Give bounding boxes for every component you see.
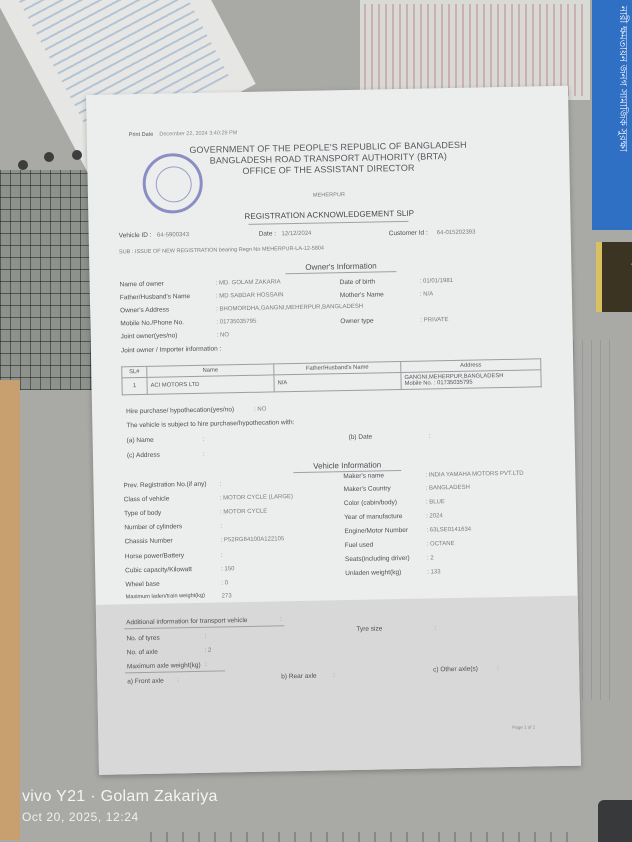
vehicle-field-label: Type of body <box>124 510 161 518</box>
vehicle-field-label: Year of manufacture <box>344 513 402 521</box>
vehicle-field-label: Maker's name <box>343 472 384 480</box>
father-name-value: : MD SABDAR HOSSAIN <box>216 292 284 299</box>
camera-watermark-device: vivo Y21 · Golam Zakariya <box>22 788 218 806</box>
cell-address-line2: Mobile No. : 01735035795 <box>405 378 538 387</box>
hire-name-label: (a) Name <box>127 437 154 445</box>
mobile-value: : 01735035795 <box>216 319 256 326</box>
hire-address-label: (c) Address <box>127 452 160 460</box>
background-motorcycle-poster: Motorcycle M <box>596 242 632 312</box>
vehicle-field-value: : 150 <box>221 566 234 572</box>
vehicle-field-value: : BLUE <box>426 499 445 505</box>
vehicle-field-value: : OCTANE <box>427 541 455 548</box>
vehicle-field-label: Wheel base <box>125 581 159 589</box>
owner-type-label: Owner type <box>340 318 373 326</box>
vehicle-field-value: : <box>220 523 222 529</box>
rear-axle-label: b) Rear axle <box>281 673 317 681</box>
slip-date: Date : 12/12/2024 <box>259 230 312 238</box>
print-date-label: Print Date <box>129 132 154 138</box>
cell-father: N/A <box>274 373 401 392</box>
max-axle-weight-label: Maximum axle weight(kg) <box>127 662 201 670</box>
vehicle-field-label: Maximum laden/train weight(kg) <box>126 593 205 601</box>
vehicle-field-label: Cubic capacity/Kilowatt <box>125 566 192 574</box>
joint-owner-table: SL# Name Father/Husband's Name Address 1… <box>121 358 541 395</box>
camera-watermark-datetime: Oct 20, 2025, 12:24 <box>22 810 139 824</box>
axle-count-value: : 2 <box>205 648 212 654</box>
background-bottom-ruler <box>150 832 570 842</box>
registration-acknowledgement-slip: Print Date December 22, 2024 3:40:29 PM … <box>86 86 581 775</box>
vehicle-field-value: : 2024 <box>426 513 443 519</box>
front-axle-label: a) Front axle <box>127 678 164 686</box>
background-object <box>598 800 632 842</box>
vehicle-field-value: : 0 <box>221 580 228 586</box>
front-axle-value: : <box>177 677 179 683</box>
vehicle-id-label: Vehicle ID : <box>119 232 152 240</box>
owner-name-value: : MD. GOLAM ZAKARIA <box>216 279 281 286</box>
mother-name-value: : N/A <box>420 291 433 297</box>
customer-id-label: Customer Id : <box>389 229 428 237</box>
joint-section-label: Joint owner / Importer information : <box>121 345 222 354</box>
other-axle-value: : <box>497 665 499 671</box>
vehicle-field-value: : BANGLADESH <box>426 485 470 492</box>
tyres-value: : <box>204 634 206 640</box>
background-blue-poster: নারী ক্ষমতায়ন জনগ সামাজিক সুরক্ষা <box>592 0 632 230</box>
tyre-size-label: Tyre size <box>356 625 382 632</box>
axle-count-label: No. of axle <box>127 649 158 657</box>
hire-date-label: (b) Date <box>349 434 373 441</box>
vehicle-field-value: : 133 <box>427 569 440 575</box>
page-footer: Page 1 of 1 <box>512 724 535 729</box>
vehicle-field-value: : INDIA YAMAHA MOTORS PVT.LTD <box>425 471 523 479</box>
joint-owner-value: : NO <box>217 332 229 338</box>
print-date: Print Date December 22, 2024 3:40:29 PM <box>129 130 238 138</box>
vehicle-field-value: : P52RG64100A122105 <box>221 536 285 543</box>
punch-hole <box>44 152 54 162</box>
hire-date-value: : <box>429 433 431 439</box>
vehicle-field-value: : 2 <box>427 555 434 561</box>
vehicle-field-value: : MOTOR CYCLE (LARGE) <box>220 494 293 501</box>
hire-address-value: : <box>203 452 205 458</box>
vehicle-field-label: Number of cylinders <box>124 523 182 531</box>
customer-id-value: 64-015202393 <box>437 230 476 237</box>
hire-purchase-value: : NO <box>254 407 266 413</box>
vehicle-field-value: 273 <box>222 593 232 599</box>
vehicle-field-value: : <box>219 481 221 487</box>
vehicle-field-label: Unladen weight(kg) <box>345 569 401 577</box>
vehicle-id-value: 64-5900343 <box>157 232 189 239</box>
customer-id: Customer Id : 64-015202393 <box>389 229 476 238</box>
vehicle-field-label: Color (cabin/body) <box>344 499 397 507</box>
vehicle-field-label: Prev. Registration No.(if any) <box>123 481 206 490</box>
vehicle-field-label: Engine/Motor Number <box>344 527 408 535</box>
vehicle-id: Vehicle ID : 64-5900343 <box>119 231 189 239</box>
vehicle-field-label: Seats(including driver) <box>345 555 410 563</box>
max-axle-weight-value: : <box>205 662 207 668</box>
vehicle-field-label: Class of vehicle <box>124 495 170 503</box>
date-label: Date : <box>259 230 276 237</box>
hire-purchase-label: Hire purchase/ hypothecation(yes/no) <box>126 406 234 415</box>
hire-name-value: : <box>203 437 205 443</box>
dob-value: : 01/01/1981 <box>420 278 453 285</box>
tyres-label: No. of tyres <box>126 635 159 643</box>
owner-address-label: Owner's Address <box>120 306 169 314</box>
mobile-label: Mobile No./Phone No. <box>120 319 184 327</box>
vehicle-field-label: Fuel used <box>345 542 374 550</box>
background-desk-edge <box>0 380 20 840</box>
punch-hole <box>18 160 28 170</box>
hire-subject-line: The vehicle is subject to hire purchase/… <box>126 419 294 429</box>
cell-name: ACI MOTORS LTD <box>147 375 274 394</box>
vehicle-field-value: : <box>221 552 223 558</box>
vehicle-field-label: Horse power/Battery <box>125 552 184 560</box>
title-underline <box>249 221 409 225</box>
dob-label: Date of birth <box>340 278 376 286</box>
punch-hole <box>72 150 82 160</box>
vehicle-field-value: : MOTOR CYCLE <box>220 509 267 516</box>
subject-line: SUB : ISSUE OF NEW REGISTRATION bearing … <box>119 245 324 255</box>
tyre-size-value: : <box>434 625 436 631</box>
date-value: 12/12/2024 <box>281 231 311 238</box>
owner-name-label: Name of owner <box>120 281 164 289</box>
owner-section-title: Owner's Information <box>285 261 397 274</box>
father-name-label: Father/Husband's Name <box>120 293 190 301</box>
rear-axle-value: : <box>333 672 335 678</box>
col-sl: SL# <box>122 366 147 377</box>
cell-sl: 1 <box>122 377 147 394</box>
owner-type-value: : PRIVATE <box>420 317 448 324</box>
vehicle-section-title: Vehicle Information <box>293 460 401 473</box>
vehicle-field-label: Maker's Country <box>344 485 391 493</box>
vehicle-field-label: Chassis Number <box>125 537 173 545</box>
additional-info-value: : <box>280 616 282 622</box>
print-date-value: December 22, 2024 3:40:29 PM <box>159 130 237 137</box>
vehicle-field-value: : 63LSE0141634 <box>426 527 471 534</box>
cell-address: GANGNI,MEHERPUR,BANGLADESH Mobile No. : … <box>401 370 541 390</box>
other-axle-label: c) Other axle(s) <box>433 666 478 674</box>
mother-name-label: Mother's Name <box>340 291 384 299</box>
owner-address-value: : BHOMORDHA,GANGNI,MEHERPUR,BANGLADESH <box>216 304 363 313</box>
joint-owner-label: Joint owner(yes/no) <box>121 332 178 340</box>
